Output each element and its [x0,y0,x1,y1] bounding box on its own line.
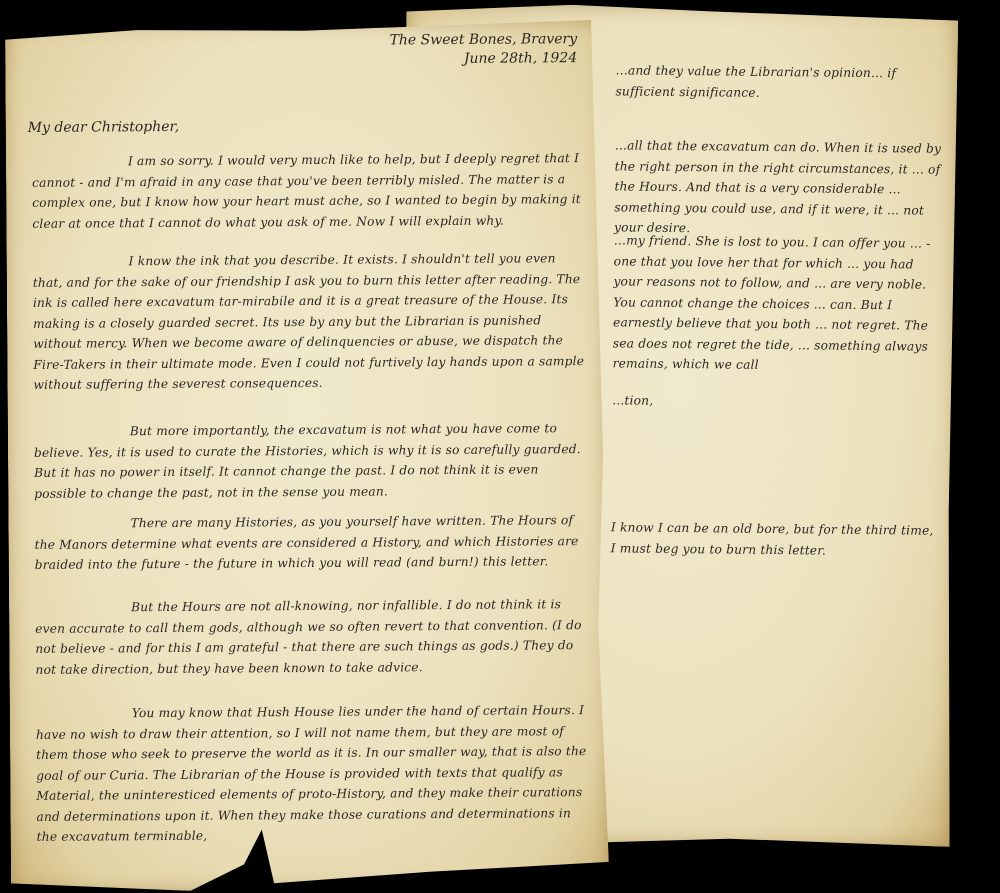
letter-paragraph: I know the ink that you describe. It exi… [33,248,586,395]
letter-salutation: My dear Christopher, [28,119,180,136]
letter-paragraph: There are many Histories, as you yoursel… [34,510,586,575]
back-paragraph: ...my friend. She is lost to you. I can … [613,230,944,377]
letter-paragraph: I am so sorry. I would very much like to… [32,148,585,234]
letter-header: The Sweet Bones, Bravery June 28th, 1924 [389,30,577,69]
back-paragraph: ...all that the excavatum can do. When i… [614,135,945,241]
letter-place: The Sweet Bones, Bravery [389,30,577,50]
back-paragraph: ...tion, [612,390,942,414]
back-paragraph: ...and they value the Librarian's opinio… [615,60,945,104]
letter-paragraph: You may know that Hush House lies under … [36,700,589,847]
letter-paragraph: But the Hours are not all-knowing, nor i… [35,594,588,680]
letter-paragraph: But more importantly, the excavatum is n… [34,418,587,504]
letter-date: June 28th, 1924 [390,49,578,69]
back-paragraph: I know I can be an old bore, but for the… [611,517,941,561]
letter-page-front: The Sweet Bones, Bravery June 28th, 1924… [5,20,609,892]
